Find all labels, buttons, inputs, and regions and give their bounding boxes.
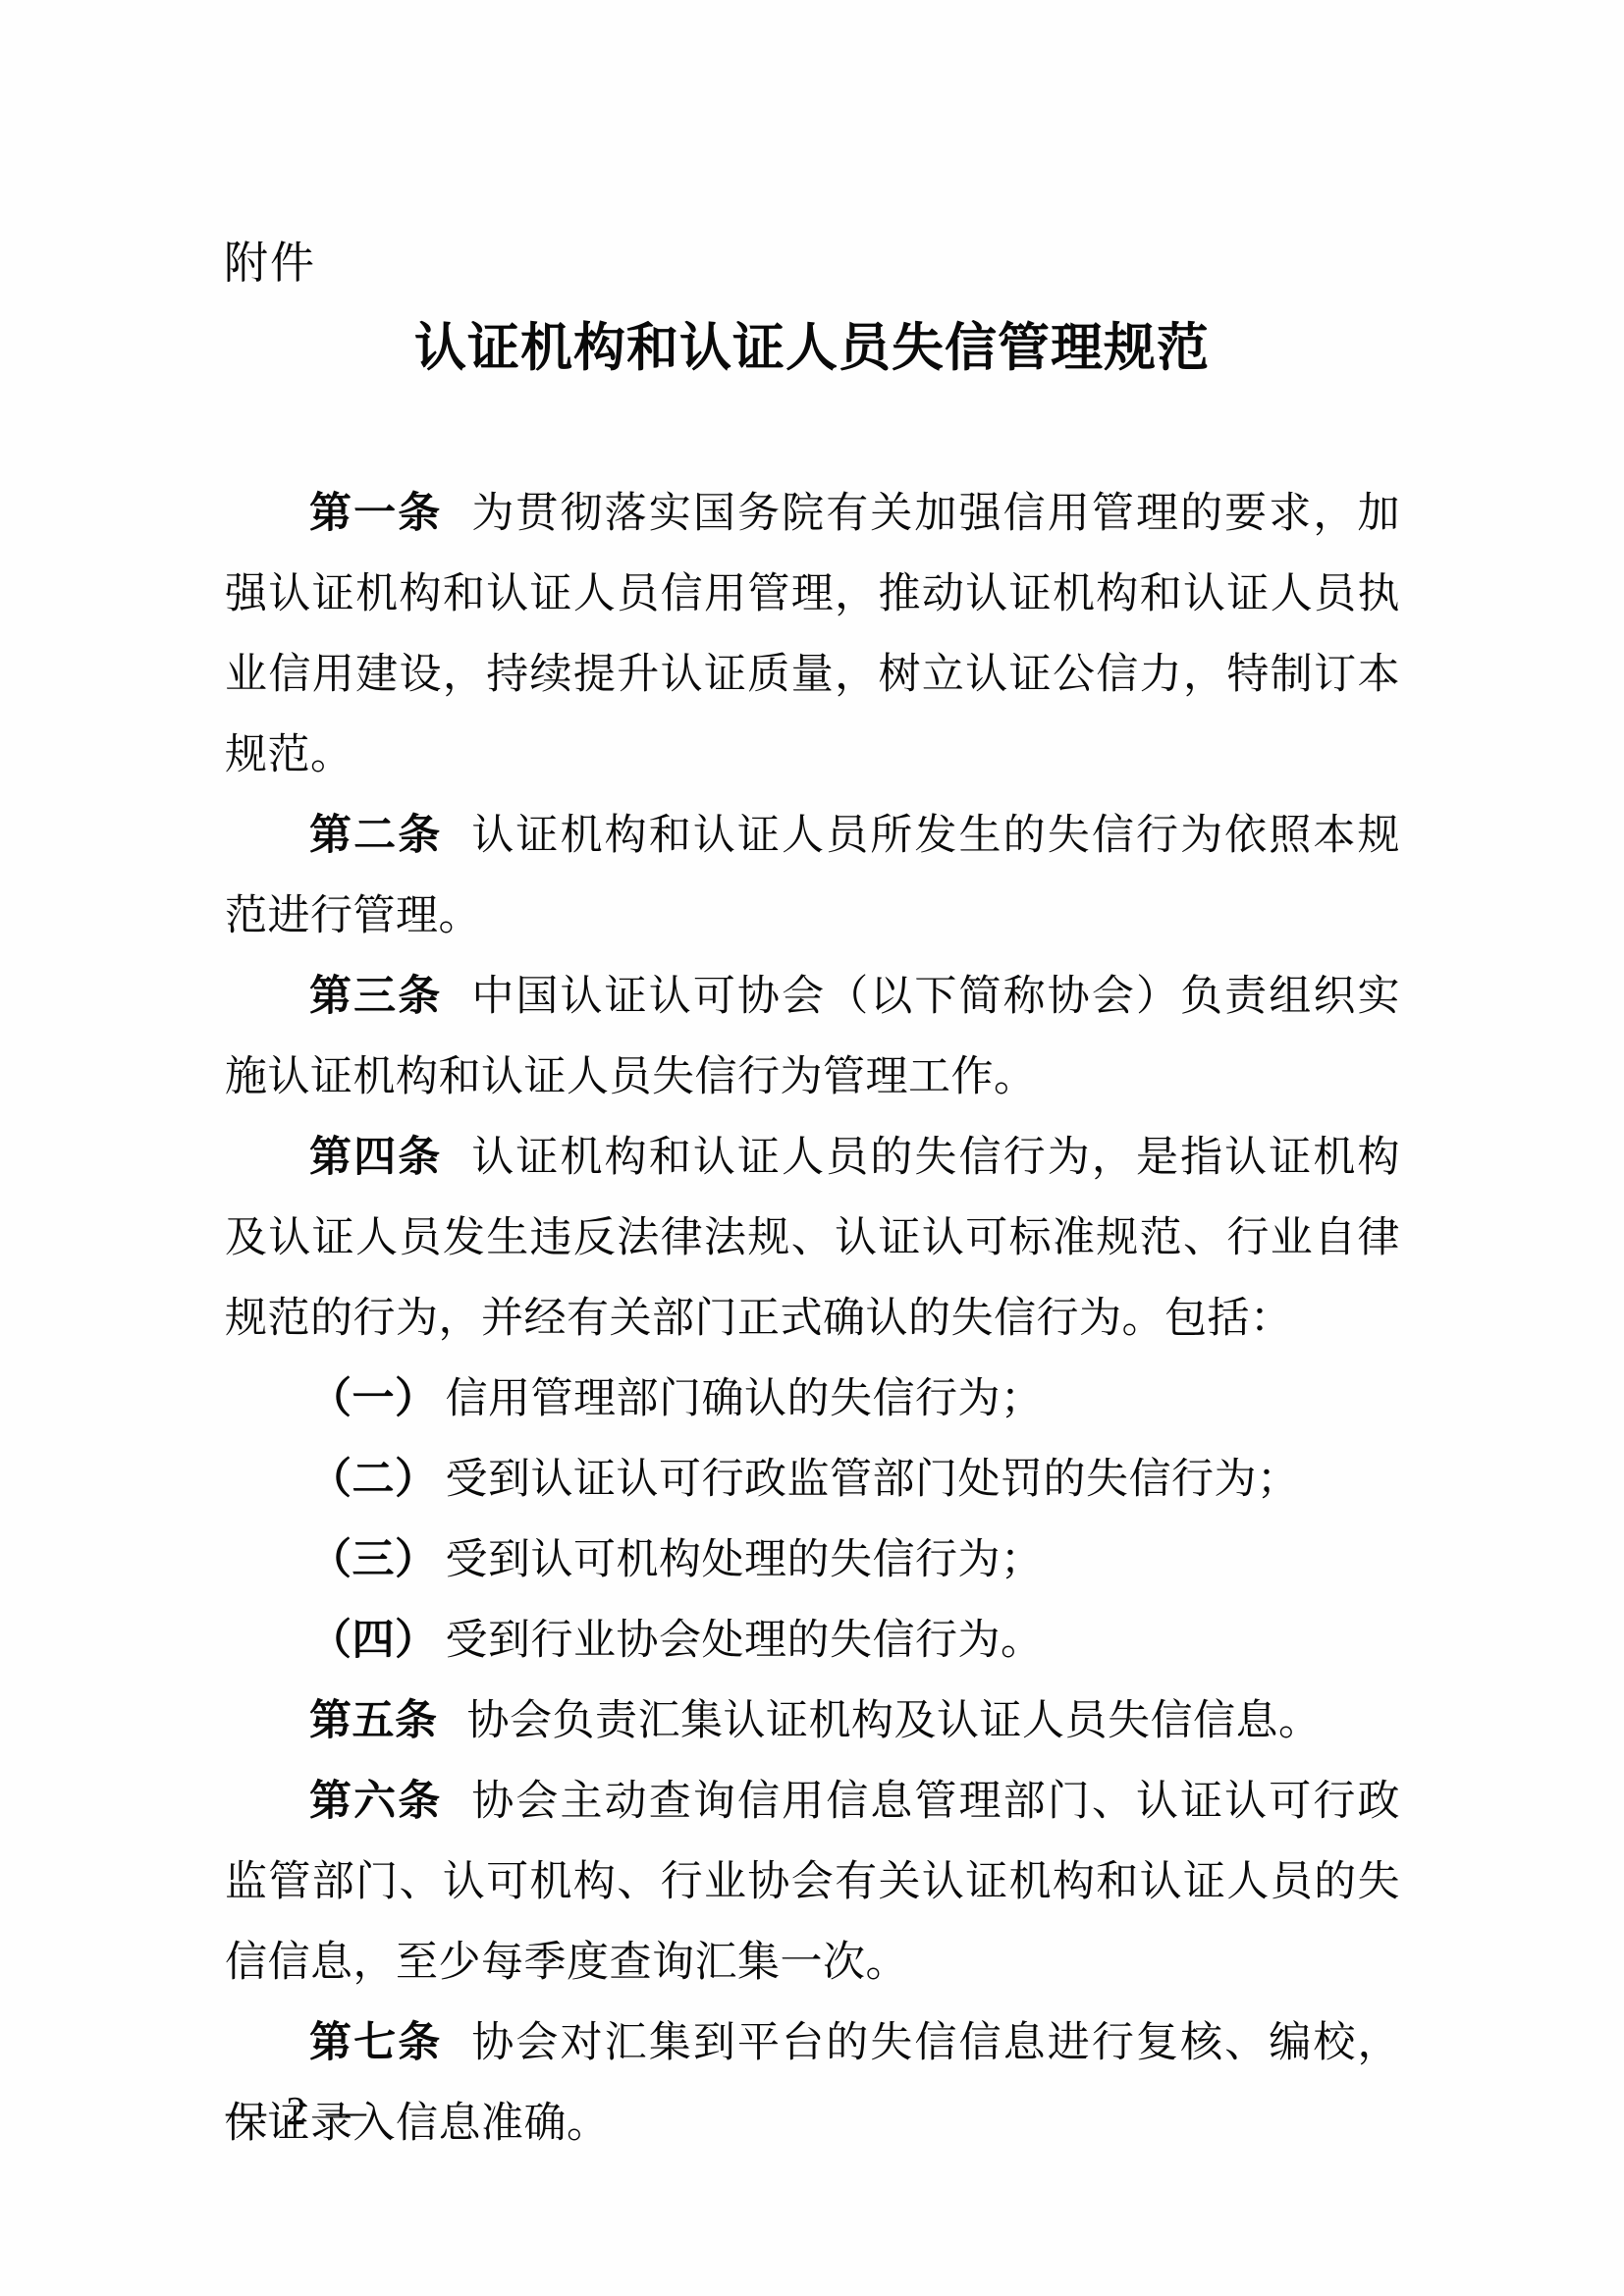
document-page: 附件 认证机构和认证人员失信管理规范 第一条为贯彻落实国务院有关加强信用管理的要… bbox=[0, 0, 1624, 2296]
item-text: 受到行业协会处理的失信行为。 bbox=[446, 1618, 1044, 1664]
item-number: （四） bbox=[309, 1618, 438, 1664]
item-number: （二） bbox=[309, 1457, 438, 1503]
article-paragraph: 第五条协会负责汇集认证机构及认证人员失信信息。 bbox=[225, 1682, 1400, 1762]
article-paragraph: 第二条认证机构和认证人员所发生的失信行为依照本规范进行管理。 bbox=[225, 796, 1400, 957]
item-text: 信用管理部门确认的失信行为； bbox=[446, 1376, 1044, 1422]
page-number: — 2 — bbox=[226, 2091, 371, 2131]
item-text: 受到认可机构处理的失信行为； bbox=[446, 1537, 1044, 1583]
document-title: 认证机构和认证人员失信管理规范 bbox=[0, 320, 1624, 377]
list-item: （三）受到认可机构处理的失信行为； bbox=[225, 1521, 1400, 1601]
article-number: 第四条 bbox=[309, 1135, 442, 1181]
attachment-label: 附件 bbox=[224, 241, 316, 286]
article-number: 第三条 bbox=[309, 974, 442, 1020]
article-number: 第一条 bbox=[309, 491, 442, 537]
list-item: （一）信用管理部门确认的失信行为； bbox=[225, 1360, 1400, 1440]
article-paragraph: 第七条协会对汇集到平台的失信信息进行复核、编校，保证录入信息准确。 bbox=[225, 2003, 1400, 2164]
article-number: 第五条 bbox=[309, 1698, 438, 1744]
article-number: 第七条 bbox=[309, 2020, 442, 2066]
item-text: 受到认证认可行政监管部门处罚的失信行为； bbox=[446, 1457, 1300, 1503]
item-number: （三） bbox=[309, 1537, 438, 1583]
article-number: 第二条 bbox=[309, 813, 442, 859]
item-number: （一） bbox=[309, 1376, 438, 1422]
document-body: 第一条为贯彻落实国务院有关加强信用管理的要求，加强认证机构和认证人员信用管理，推… bbox=[225, 474, 1400, 2164]
article-number: 第六条 bbox=[309, 1779, 442, 1825]
article-paragraph: 第六条协会主动查询信用信息管理部门、认证认可行政监管部门、认可机构、行业协会有关… bbox=[225, 1762, 1400, 2003]
article-paragraph: 第一条为贯彻落实国务院有关加强信用管理的要求，加强认证机构和认证人员信用管理，推… bbox=[225, 474, 1400, 796]
list-item: （四）受到行业协会处理的失信行为。 bbox=[225, 1601, 1400, 1682]
article-paragraph: 第三条中国认证认可协会（以下简称协会）负责组织实施认证机构和认证人员失信行为管理… bbox=[225, 957, 1400, 1118]
list-item: （二）受到认证认可行政监管部门处罚的失信行为； bbox=[225, 1440, 1400, 1521]
article-paragraph: 第四条认证机构和认证人员的失信行为，是指认证机构及认证人员发生违反法律法规、认证… bbox=[225, 1118, 1400, 1360]
article-text: 协会负责汇集认证机构及认证人员失信信息。 bbox=[467, 1698, 1322, 1744]
